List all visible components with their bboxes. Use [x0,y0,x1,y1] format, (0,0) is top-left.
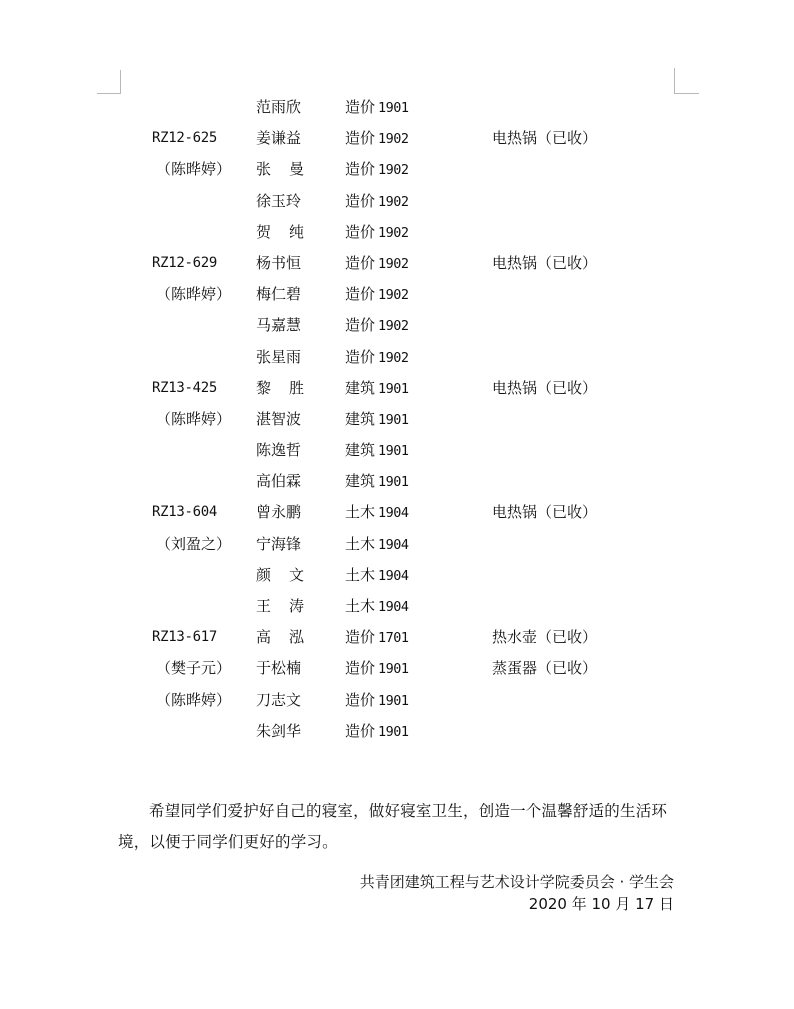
class-number: 1901 [378,661,409,677]
confiscated-item: 电热锅（已收） [492,123,597,154]
student-name-part: 颜 [256,560,271,591]
major-name: 造价 [345,285,375,303]
roster-row: RZ13-604曾永鹏土木1904电热锅（已收） [0,497,794,528]
room-number: RZ12-625 [152,123,217,154]
roster-row: 颜文土木1904 [0,560,794,591]
student-class: 造价1902 [345,217,409,248]
major-name: 造价 [345,160,375,178]
roster-row: （陈晔婷）梅仁碧造价1902 [0,279,794,310]
confiscated-item: 热水壶（已收） [492,622,597,653]
roster-row: RZ12-625姜谦益造价1902电热锅（已收） [0,123,794,154]
room-number: RZ13-425 [152,373,217,404]
roster-row: （陈晔婷）张曼造价1902 [0,154,794,185]
roster-row: 高伯霖建筑1901 [0,466,794,497]
student-name: 湛智波 [256,404,304,435]
student-class: 造价1901 [345,716,409,747]
student-name-part: 梅仁碧 [256,285,301,303]
student-name-part: 于松楠 [256,659,301,677]
major-name: 土木 [345,597,375,615]
major-name: 造价 [345,192,375,210]
signature-date: 2020 年 10 月 17 日 [360,893,674,915]
student-class: 土木1904 [345,560,409,591]
room-supervisor-note: （陈晔婷） [156,404,231,435]
student-class: 造价1902 [345,342,409,373]
student-name-part: 朱剑华 [256,722,301,740]
roster-row: RZ12-629杨书恒造价1902电热锅（已收） [0,248,794,279]
class-number: 1902 [378,162,409,178]
student-class: 造价1901 [345,685,409,716]
room-supervisor-note: （刘盈之） [156,529,231,560]
roster-row: RZ13-617高泓造价1701热水壶（已收） [0,622,794,653]
student-name: 张曼 [256,154,304,185]
student-class: 造价1902 [345,248,409,279]
student-name-part: 姜谦益 [256,129,301,147]
student-name: 宁海锋 [256,529,304,560]
major-name: 造价 [345,129,375,147]
roster-row: 朱剑华造价1901 [0,716,794,747]
major-name: 建筑 [345,410,375,428]
signature-block: 共青团建筑工程与艺术设计学院委员会 · 学生会 2020 年 10 月 17 日 [360,871,674,915]
class-number: 1901 [378,443,409,459]
room-supervisor-note: （陈晔婷） [156,154,231,185]
student-name: 范雨欣 [256,92,304,123]
student-name-part: 宁海锋 [256,535,301,553]
student-name: 朱剑华 [256,716,304,747]
major-name: 建筑 [345,379,375,397]
class-number: 1901 [378,724,409,740]
roster-row: 陈逸哲建筑1901 [0,435,794,466]
student-class: 造价1901 [345,92,409,123]
class-number: 1902 [378,194,409,210]
student-name: 刀志文 [256,685,304,716]
student-name-part: 陈逸哲 [256,441,301,459]
class-number: 1901 [378,100,409,116]
roster-row: （樊子元）于松楠造价1901蒸蛋器（已收） [0,653,794,684]
major-name: 造价 [345,628,375,646]
student-name-part: 张星雨 [256,348,301,366]
student-name-part: 纯 [289,217,304,248]
class-number: 1901 [378,412,409,428]
student-class: 建筑1901 [345,466,409,497]
student-class: 土木1904 [345,529,409,560]
roster-row: （刘盈之）宁海锋土木1904 [0,529,794,560]
class-number: 1701 [378,630,409,646]
student-class: 造价1902 [345,186,409,217]
class-number: 1901 [378,381,409,397]
student-name-part: 马嘉慧 [256,316,301,334]
room-number: RZ12-629 [152,248,217,279]
room-supervisor-note: （陈晔婷） [156,685,231,716]
student-class: 造价1902 [345,123,409,154]
page-corner-mark-top-left [97,70,121,94]
major-name: 造价 [345,659,375,677]
page-corner-mark-top-right [674,68,699,94]
student-name-part: 贺 [256,217,271,248]
student-name: 高泓 [256,622,304,653]
class-number: 1904 [378,568,409,584]
student-class: 土木1904 [345,497,409,528]
roster-row: 王涛土木1904 [0,591,794,622]
roster-row: 徐玉玲造价1902 [0,186,794,217]
class-number: 1902 [378,225,409,241]
student-name-part: 文 [289,560,304,591]
room-number: RZ13-604 [152,497,217,528]
closing-paragraph: 希望同学们爱护好自己的寝室，做好寝室卫生，创造一个温馨舒适的生活环境，以便于同学… [118,796,688,858]
student-name: 徐玉玲 [256,186,304,217]
roster-row: 贺纯造价1902 [0,217,794,248]
student-class: 建筑1901 [345,404,409,435]
major-name: 造价 [345,223,375,241]
class-number: 1901 [378,693,409,709]
major-name: 土木 [345,535,375,553]
roster-row: 张星雨造价1902 [0,342,794,373]
student-name: 姜谦益 [256,123,304,154]
student-name-part: 张 [256,154,271,185]
class-number: 1902 [378,350,409,366]
student-name: 陈逸哲 [256,435,304,466]
confiscated-item: 电热锅（已收） [492,373,597,404]
roster-row: （陈晔婷）刀志文造价1901 [0,685,794,716]
class-number: 1901 [378,474,409,490]
class-number: 1902 [378,287,409,303]
student-name-part: 杨书恒 [256,254,301,272]
student-class: 土木1904 [345,591,409,622]
confiscated-item: 电热锅（已收） [492,497,597,528]
student-name: 于松楠 [256,653,304,684]
class-number: 1902 [378,131,409,147]
student-name-part: 胜 [289,373,304,404]
student-name: 杨书恒 [256,248,304,279]
major-name: 造价 [345,316,375,334]
class-number: 1904 [378,505,409,521]
student-name: 黎胜 [256,373,304,404]
student-name-part: 王 [256,591,271,622]
major-name: 土木 [345,566,375,584]
major-name: 土木 [345,503,375,521]
room-number: RZ13-617 [152,622,217,653]
class-number: 1902 [378,256,409,272]
student-name-part: 曾永鹏 [256,503,301,521]
roster-row: （陈晔婷）湛智波建筑1901 [0,404,794,435]
student-name-part: 刀志文 [256,691,301,709]
confiscated-item: 电热锅（已收） [492,248,597,279]
class-number: 1902 [378,318,409,334]
student-name: 曾永鹏 [256,497,304,528]
roster-row: 范雨欣造价1901 [0,92,794,123]
room-supervisor-note: （陈晔婷） [156,279,231,310]
major-name: 造价 [345,348,375,366]
student-class: 建筑1901 [345,435,409,466]
student-name-part: 湛智波 [256,410,301,428]
student-name: 贺纯 [256,217,304,248]
major-name: 建筑 [345,441,375,459]
student-name: 颜文 [256,560,304,591]
roster-row: 马嘉慧造价1902 [0,310,794,341]
student-class: 造价1902 [345,310,409,341]
student-name: 梅仁碧 [256,279,304,310]
student-name-part: 高 [256,622,271,653]
major-name: 建筑 [345,472,375,490]
student-name-part: 徐玉玲 [256,192,301,210]
student-class: 造价1701 [345,622,409,653]
student-class: 造价1902 [345,154,409,185]
roster-row: RZ13-425黎胜建筑1901电热锅（已收） [0,373,794,404]
major-name: 造价 [345,691,375,709]
room-supervisor-note: （樊子元） [156,653,231,684]
student-name-part: 曼 [289,154,304,185]
major-name: 造价 [345,722,375,740]
confiscated-item: 蒸蛋器（已收） [492,653,597,684]
student-class: 造价1902 [345,279,409,310]
student-name-part: 黎 [256,373,271,404]
student-class: 建筑1901 [345,373,409,404]
student-name: 马嘉慧 [256,310,304,341]
student-class: 造价1901 [345,653,409,684]
dorm-roster-list: 范雨欣造价1901RZ12-625姜谦益造价1902电热锅（已收）（陈晔婷）张曼… [0,92,794,747]
student-name: 张星雨 [256,342,304,373]
student-name-part: 范雨欣 [256,98,301,116]
major-name: 造价 [345,98,375,116]
student-name: 高伯霖 [256,466,304,497]
major-name: 造价 [345,254,375,272]
student-name-part: 高伯霖 [256,472,301,490]
student-name-part: 涛 [289,591,304,622]
student-name-part: 泓 [289,622,304,653]
student-name: 王涛 [256,591,304,622]
class-number: 1904 [378,599,409,615]
signature-organization: 共青团建筑工程与艺术设计学院委员会 · 学生会 [360,871,674,893]
class-number: 1904 [378,537,409,553]
